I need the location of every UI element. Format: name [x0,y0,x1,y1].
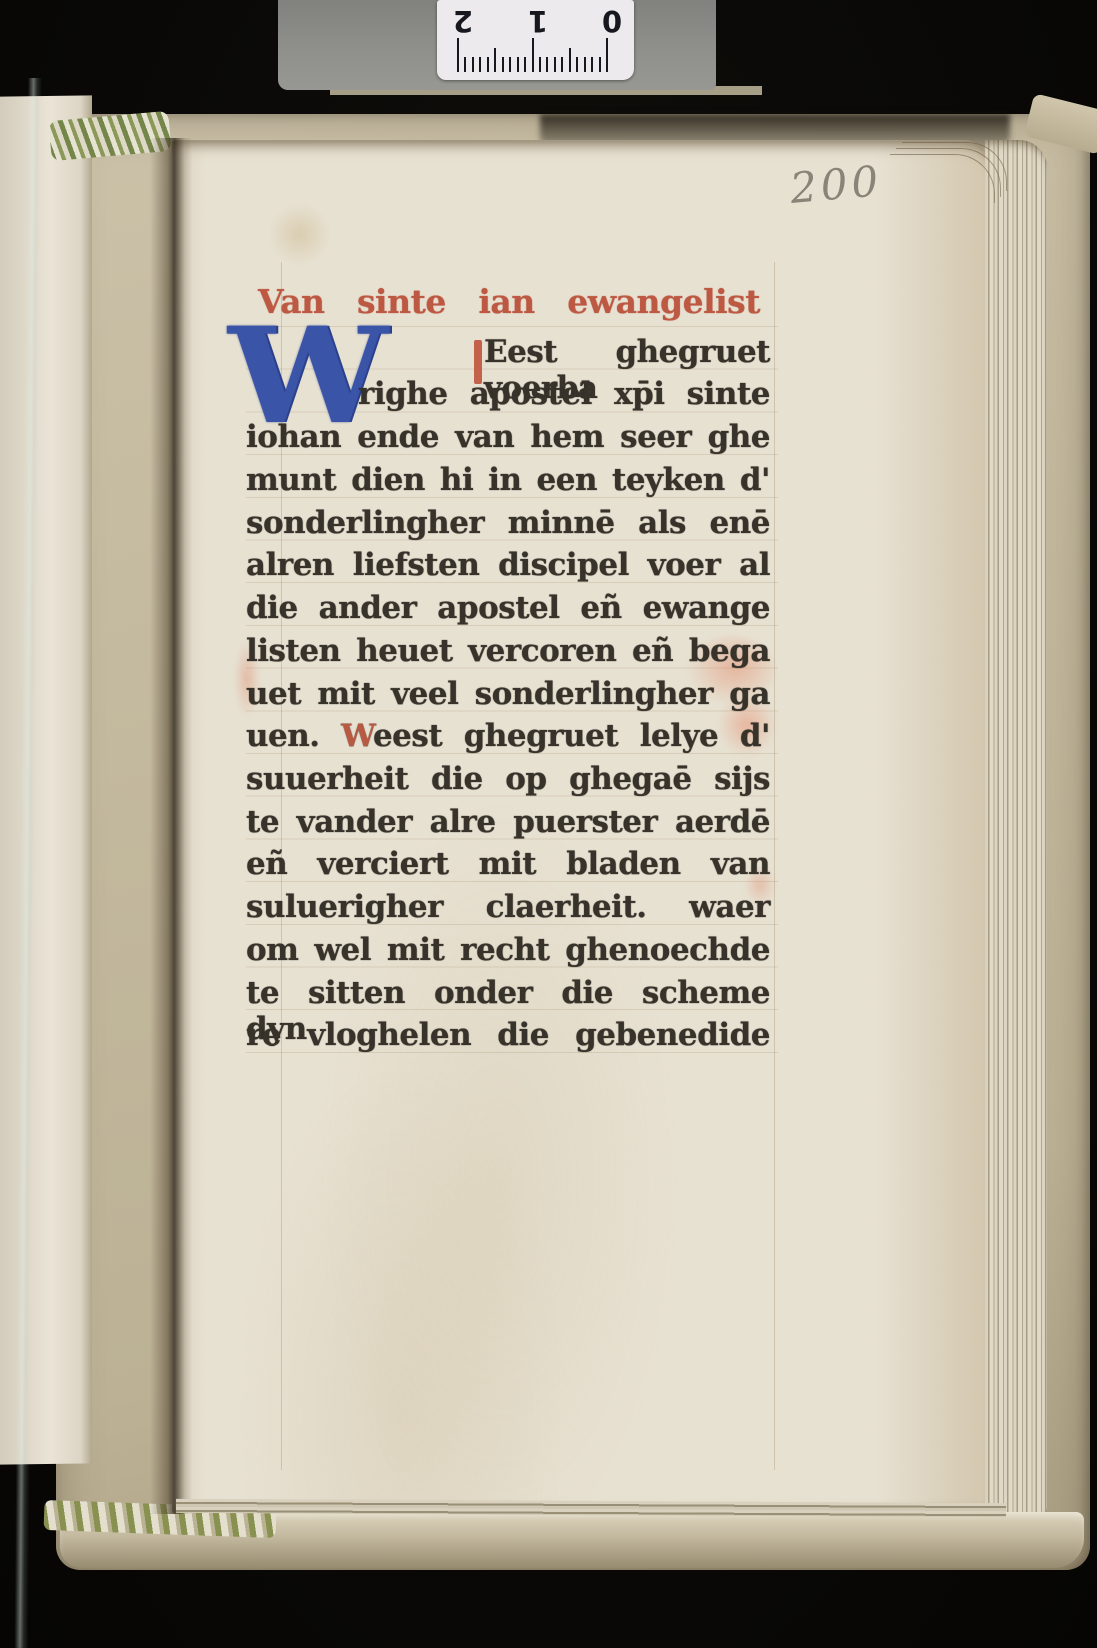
text-line: suluerigher claerheit. waer [246,889,770,931]
ruler-label-1: 1 [526,4,550,38]
ruler-label-0: 0 [600,4,624,38]
text-line: iohan ende van hem seer ghe [246,419,770,461]
text-line: listen heuet vercoren eñ bega [246,633,770,675]
gutter-shadow [150,138,192,1514]
text-line: te vander alre puerster aerdē [246,804,770,846]
ruler-ticks [453,34,617,76]
text-line: Eest ghegruet voerba [484,334,770,376]
text-line: eñ verciert mit bladen van [246,846,770,888]
text-line: om wel mit recht ghenoechde [246,932,770,974]
text-line: uen. Weest ghegruet lelye d' [246,718,770,760]
fore-edge-page-stack [985,140,1047,1512]
text-line: die ander apostel eñ ewange [246,590,770,632]
facing-page-edge [0,95,92,1464]
text-line: suuerheit die op ghegaē sijs [246,761,770,803]
red-touched-capital: W [341,718,373,754]
page-corner-line [890,154,995,203]
text-line: alren liefsten discipel voer al [246,547,770,589]
text-line: sonderlingher minnē als enē [246,505,770,547]
text-line: re vloghelen die gebenedide [246,1017,770,1059]
text-line: te sitten onder die scheme dyn [246,975,770,1017]
text-segment: uen. [246,718,341,754]
text-line: uet mit veel sonderlingher ga [246,676,770,718]
text-segment: eest ghegruet lelye d' [373,718,770,754]
text-line: munt dien hi in een teyken d' [246,462,770,504]
ruler-label-2: 2 [451,4,475,38]
folio-number: 200 [788,156,884,213]
text-block: Van sinte ian ewangelist W Eest ghegruet… [246,282,770,1072]
text-line: righe apostel xp̄i sinte [358,376,770,418]
